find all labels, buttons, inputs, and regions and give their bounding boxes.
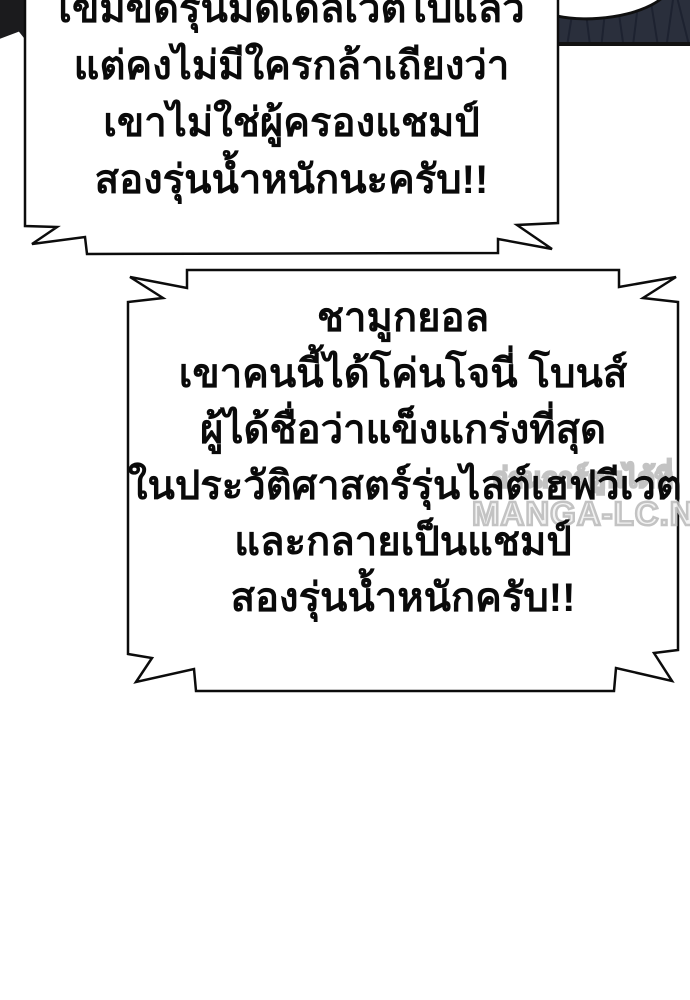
bubble-text-line: ชามูกยอล: [128, 290, 678, 346]
bubble-text-line: ผู้ได้ชื่อว่าแข็งแกร่งที่สุด: [128, 402, 678, 458]
bubble-text-line: สองรุ่นน้ำหนักนะครับ!!: [25, 152, 558, 209]
speech-bubble-top-text: เข็มขัดรุ่นมิดเดิลเวตไปแล้ว แต่คงไม่มีใค…: [25, 0, 558, 209]
speech-bubble-bottom-text: ชามูกยอล เขาคนนี้ได้โค่นโจนี่ โบนส์ ผู้ไ…: [128, 290, 678, 626]
bubble-text-line: เข็มขัดรุ่นมิดเดิลเวตไปแล้ว: [25, 0, 558, 38]
bubble-text-line: สองรุ่นน้ำหนักครับ!!: [128, 570, 678, 626]
manga-page: อ่านการ์ตูนได้ที่ MANGA-LC.NET เข็มขัดรุ…: [0, 0, 690, 1000]
bubble-text-line: ในประวัติศาสตร์รุ่นไลต์เฮฟวีเวต: [128, 458, 678, 514]
bubble-text-line: เขาคนนี้ได้โค่นโจนี่ โบนส์: [128, 346, 678, 402]
bubble-text-line: แต่คงไม่มีใครกล้าเถียงว่า: [25, 38, 558, 95]
bubble-text-line: เขาไม่ใช่ผู้ครองแชมป์: [25, 95, 558, 152]
bubble-text-line: และกลายเป็นแชมป์: [128, 514, 678, 570]
